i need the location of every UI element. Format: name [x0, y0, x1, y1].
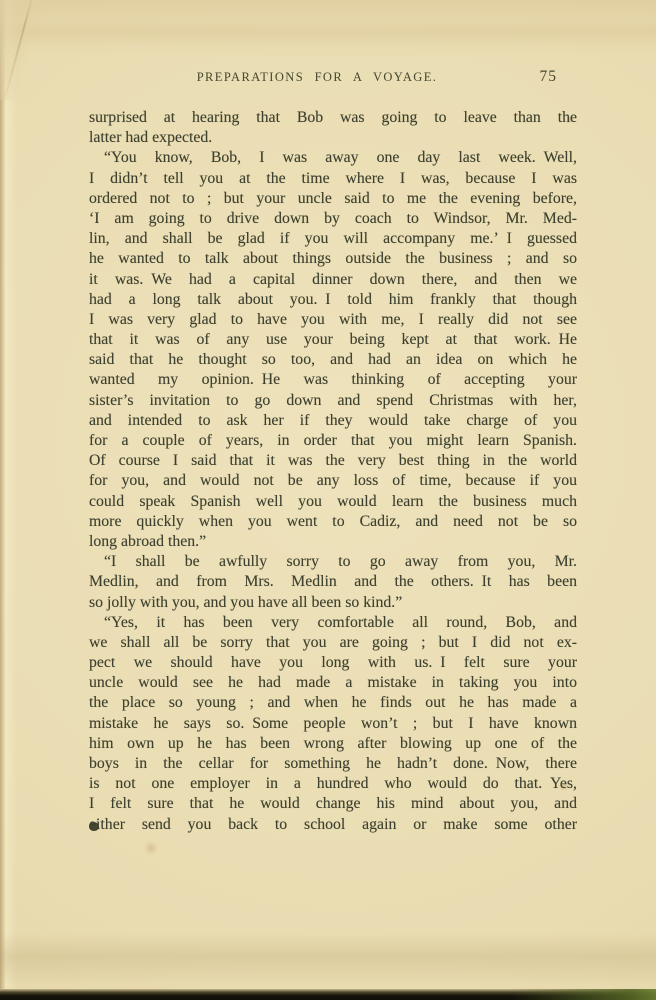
text-line: “I shall be awfully sorry to go away fro…: [89, 552, 577, 572]
text-line: latter had expected.: [89, 128, 577, 148]
text-line: “Yes, it has been very comfortable all r…: [89, 613, 577, 633]
running-header-title: PREPARATIONS FOR A VOYAGE.: [73, 70, 561, 85]
text-line: the place so young ; and when he finds o…: [89, 693, 577, 713]
text-line: ordered not to ; but your uncle said to …: [89, 189, 577, 209]
left-fold-highlight: [5, 0, 17, 1000]
text-line: pect we should have you long with us. I …: [89, 653, 577, 673]
text-line: he wanted to talk about things outside t…: [89, 249, 577, 269]
paragraph: “You know, Bob, I was away one day last …: [89, 148, 577, 552]
text-line: wanted my opinion. He was thinking of ac…: [89, 370, 577, 390]
text-line: for you, and would not be any loss of ti…: [89, 471, 577, 491]
text-line: that it was of any use your being kept a…: [89, 330, 577, 350]
text-line: could speak Spanish well you would learn…: [89, 492, 577, 512]
text-line: boys in the cellar for something he hadn…: [89, 754, 577, 774]
text-line: for a couple of years, in order that you…: [89, 431, 577, 451]
bottom-paper-shading: [0, 933, 656, 985]
text-line: him own up he has been wrong after blowi…: [89, 734, 577, 754]
text-line: I was very glad to have you with me, I r…: [89, 310, 577, 330]
paragraph: surprised at hearing that Bob was going …: [89, 108, 577, 148]
text-line: long abroad then.”: [89, 532, 577, 552]
text-line: lin, and shall be glad if you will accom…: [89, 229, 577, 249]
text-line: Of course I said that it was the very be…: [89, 451, 577, 471]
text-line: either send you back to school again or …: [89, 815, 577, 835]
text-line: ‘I am going to drive down by coach to Wi…: [89, 209, 577, 229]
text-line: said that he thought so too, and had an …: [89, 350, 577, 370]
text-line: I didn’t tell you at the time where I wa…: [89, 169, 577, 189]
text-line: uncle would see he had made a mistake in…: [89, 673, 577, 693]
text-line: Medlin, and from Mrs. Medlin and the oth…: [89, 572, 577, 592]
text-line: had a long talk about you. I told him fr…: [89, 290, 577, 310]
text-line: “You know, Bob, I was away one day last …: [89, 148, 577, 168]
paragraph: “I shall be awfully sorry to go away fro…: [89, 552, 577, 613]
text-line: it was. We had a capital dinner down the…: [89, 270, 577, 290]
text-line: I felt sure that he would change his min…: [89, 794, 577, 814]
running-header: PREPARATIONS FOR A VOYAGE. 75: [89, 70, 577, 88]
text-line: surprised at hearing that Bob was going …: [89, 108, 577, 128]
text-line: mistake he says so. Some people won’t ; …: [89, 714, 577, 734]
text-line: we shall all be sorry that you are going…: [89, 633, 577, 653]
page-text: surprised at hearing that Bob was going …: [89, 108, 577, 835]
book-page-scan: PREPARATIONS FOR A VOYAGE. 75 surprised …: [0, 0, 656, 1000]
bottom-scan-edge: [0, 989, 656, 1000]
text-line: so jolly with you, and you have all been…: [89, 593, 577, 613]
paper-stain: [143, 841, 159, 855]
page-number: 75: [540, 68, 558, 86]
top-scan-shadow: [0, 0, 656, 58]
paragraph: “Yes, it has been very comfortable all r…: [89, 613, 577, 835]
text-line: and intended to ask her if they would ta…: [89, 411, 577, 431]
text-line: sister’s invitation to go down and spend…: [89, 391, 577, 411]
text-line: more quickly when you went to Cadiz, and…: [89, 512, 577, 532]
text-line: is not one employer in a hundred who wou…: [89, 774, 577, 794]
